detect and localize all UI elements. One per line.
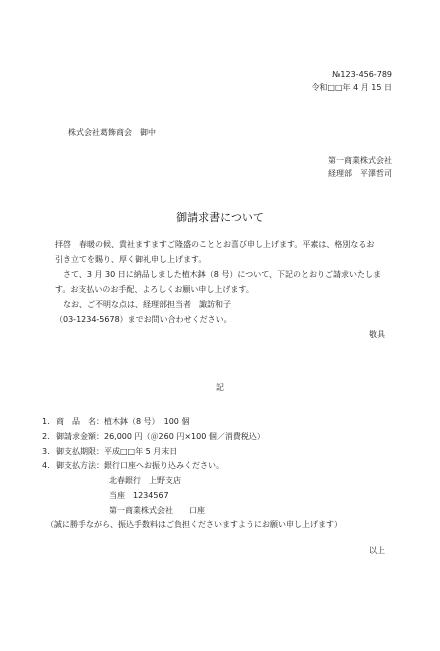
list-item-payment-method: 4.御支払方法：銀行口座へお振り込みください。	[42, 461, 224, 471]
body-line-6: （03-1234-5678）までお問い合わせください。	[55, 315, 232, 325]
list-item-product: 1.商 品 名：植木鉢（8 号） 100 個	[42, 417, 189, 427]
body-line-5: なお、ご不明な点は、経理部担当者 諏訪和子	[55, 300, 231, 310]
list-number: 1.	[42, 417, 56, 427]
document-number: №123-456-789	[332, 70, 392, 80]
list-text: 御請求金額：26,000 円（＠260 円×100 個／消費税込）	[56, 432, 265, 441]
bank-account: 当座 1234567	[109, 491, 169, 501]
sender-company: 第一商業株式会社	[328, 156, 392, 166]
list-text: 商 品 名：植木鉢（8 号） 100 個	[56, 417, 189, 426]
list-number: 4.	[42, 461, 56, 471]
body-line-4: す。お支払いのお手配、よろしくお願い申し上げます。	[55, 285, 254, 295]
closing-keigu: 敬具	[369, 330, 385, 340]
ki-heading: 記	[0, 383, 440, 393]
recipient: 株式会社葛飾商会 御中	[68, 128, 156, 138]
bank-branch: 北春銀行 上野支店	[109, 476, 181, 486]
document-date: 令和□□年 4 月 15 日	[311, 83, 392, 93]
list-item-due-date: 3.御支払期限：平成□□年 5 月末日	[42, 447, 177, 457]
list-item-amount: 2.御請求金額：26,000 円（＠260 円×100 個／消費税込）	[42, 432, 265, 442]
closing-ijo: 以上	[369, 546, 385, 556]
list-text: 御支払方法：銀行口座へお振り込みください。	[56, 461, 224, 470]
document-title: 御請求書について	[0, 211, 440, 224]
body-line-1: 拝啓 春暖の候、貴社ますますご隆盛のこととお喜び申し上げます。平素は、格別なるお	[55, 240, 374, 250]
transfer-fee-note: （誠に勝手ながら、振込手数料はご負担くださいますようにお願い申し上げます）	[46, 520, 342, 530]
list-text: 御支払期限：平成□□年 5 月末日	[56, 447, 177, 456]
sender-person: 経理部 平澤哲司	[328, 169, 392, 179]
list-number: 3.	[42, 447, 56, 457]
body-line-3: さて、3 月 30 日に納品しました植木鉢（8 号）について、下記のとおりご請求…	[55, 270, 381, 280]
body-line-2: 引き立てを賜り、厚く御礼申し上げます。	[55, 255, 206, 265]
list-number: 2.	[42, 432, 56, 442]
bank-holder: 第一商業株式会社 口座	[109, 506, 205, 516]
